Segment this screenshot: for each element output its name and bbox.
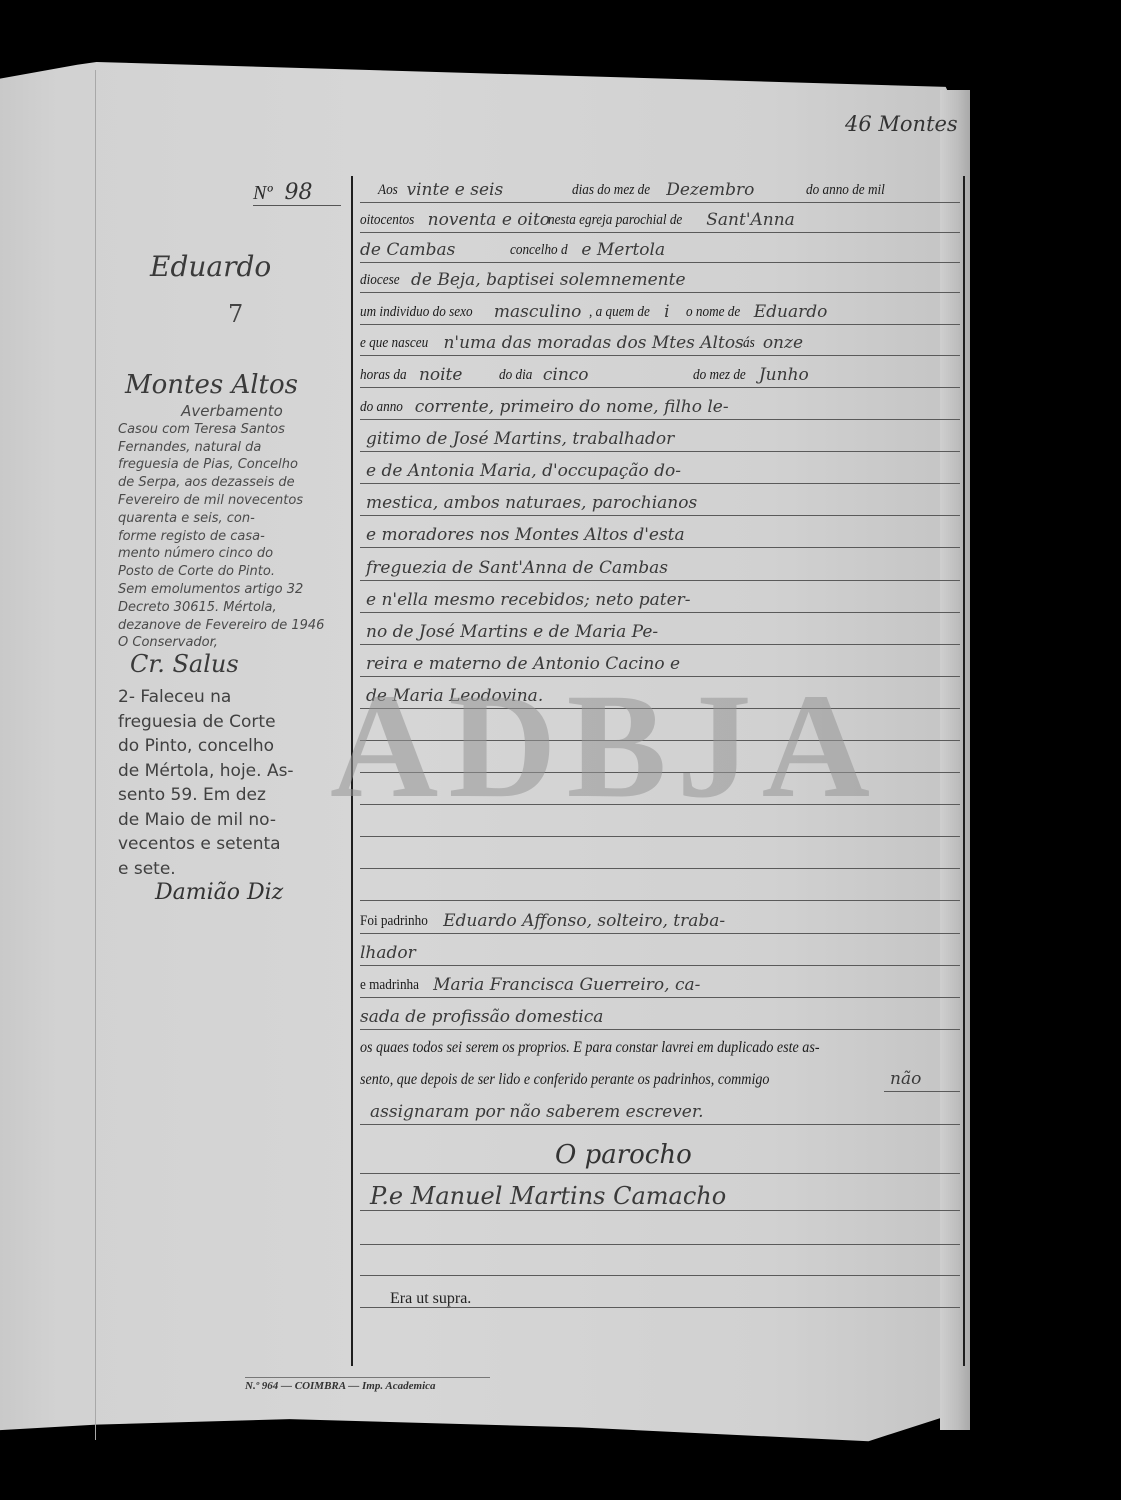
annotation-2-signature: Damião Diz [155, 880, 283, 905]
annotation-line: sento 59. Em dez [118, 783, 346, 808]
record-number-label: Nº [253, 182, 273, 204]
printed-text: diocese [360, 272, 400, 292]
record-row: e moradores nos Montes Altos d'esta [360, 517, 960, 548]
handwritten-text: de Beja, baptisei solemnemente [405, 270, 686, 292]
marriage-annotation: Averbamento Casou com Teresa Santos Fern… [118, 403, 346, 652]
annotation-line: de Serpa, aos dezasseis de [118, 474, 346, 492]
handwritten-text: cinco [537, 365, 693, 387]
handwritten-text: e Mertola [575, 240, 665, 262]
record-row: gitimo de José Martins, trabalhador [360, 421, 960, 452]
closing-line: sento, que depois de ser lido e conferid… [360, 1062, 960, 1092]
madrinha-value: sada de profissão domestica [360, 1007, 603, 1029]
record-number: Nº98 [253, 180, 341, 206]
printed-text: os quaes todos sei serem os proprios. E … [360, 1039, 820, 1060]
handwritten-text: não [884, 1069, 960, 1092]
record-row: reira e materno de Antonio Cacino e [360, 646, 960, 677]
handwritten-text: masculino [488, 302, 589, 324]
madrinha-value: Maria Francisca Guerreiro, ca- [427, 975, 700, 997]
annotation-line: 2- Faleceu na [118, 685, 346, 710]
record-row: Aos vinte e seis dias do mez de Dezembro… [360, 172, 960, 203]
record-row: no de José Martins e de Maria Pe- [360, 614, 960, 645]
handwritten-text: mestica, ambos naturaes, parochianos [360, 493, 697, 515]
record-row: do anno corrente, primeiro do nome, filh… [360, 389, 960, 420]
annotation-line: Posto de Corte do Pinto. [118, 563, 346, 581]
printed-text: um individuo do sexo [360, 304, 473, 324]
record-row: diocese de Beja, baptisei solemnemente [360, 262, 960, 293]
annotation-line: Sem emolumentos artigo 32 [118, 581, 346, 599]
madrinha-label: e madrinha [360, 977, 419, 997]
handwritten-text: corrente, primeiro do nome, filho le- [409, 397, 729, 419]
annotation-line: Decreto 30615. Mértola, [118, 599, 346, 617]
padrinho-value: Eduardo Affonso, solteiro, traba- [437, 911, 725, 933]
printed-text: horas da [360, 367, 407, 387]
record-row: horas da noite do dia cinco do mez de Ju… [360, 357, 960, 388]
empty-ruled-line [360, 774, 960, 805]
record-row: de Cambas concelho d e Mertola [360, 232, 960, 263]
handwritten-text: de Cambas [360, 240, 510, 262]
printed-text: oitocentos [360, 212, 414, 232]
annotation-line: dezanove de Fevereiro de 1946 [118, 617, 346, 635]
godmother-row-cont: sada de profissão domestica [360, 999, 960, 1030]
handwritten-text: assignaram por não saberem escrever. [360, 1102, 703, 1124]
margin-place: Montes Altos [125, 370, 298, 400]
handwritten-text: e moradores nos Montes Altos d'esta [360, 525, 685, 547]
annotation-line: Fevereiro de mil novecentos [118, 492, 346, 510]
annotation-line: Fernandes, natural da [118, 439, 346, 457]
printed-text: sento, que depois de ser lido e conferid… [360, 1071, 769, 1092]
annotation-line: mento número cinco do [118, 545, 346, 563]
left-binding-fold [95, 70, 96, 1440]
padrinho-label: Foi padrinho [360, 913, 428, 933]
printed-text: e que nasceu [360, 335, 428, 355]
annotation-line: freguesia de Corte [118, 710, 346, 735]
printed-text: do dia [499, 367, 532, 387]
godmother-row: e madrinha Maria Francisca Guerreiro, ca… [360, 967, 960, 998]
handwritten-text: gitimo de José Martins, trabalhador [360, 429, 674, 451]
parish-priest-title: O parocho [555, 1140, 692, 1170]
printed-text: concelho d [510, 242, 568, 262]
empty-ruled-line [360, 838, 960, 869]
empty-ruled-line [360, 742, 960, 773]
annotation-1-signature: Cr. Salus [130, 650, 239, 678]
record-number-value: 98 [279, 180, 313, 207]
empty-ruled-line [360, 806, 960, 837]
empty-ruled-line [360, 870, 960, 901]
annotation-line: de Maio de mil no- [118, 808, 346, 833]
handwritten-text: Eduardo [748, 302, 828, 324]
annotation-line: forme registo de casa- [118, 528, 346, 546]
printed-text: , a quem de [589, 304, 650, 324]
margin-mark: 7 [228, 300, 243, 328]
record-row: e n'ella mesmo recebidos; neto pater- [360, 582, 960, 613]
printed-text: Aos [378, 182, 398, 202]
godfather-row: Foi padrinho Eduardo Affonso, solteiro, … [360, 903, 960, 934]
annotation-line: e sete. [118, 857, 346, 882]
printer-imprint: N.º 964 — COIMBRA — Imp. Academica [245, 1377, 490, 1392]
handwritten-text: freguezia de Sant'Anna de Cambas [360, 558, 668, 580]
record-row: mestica, ambos naturaes, parochianos [360, 485, 960, 516]
corner-annotation: 46 Montes [845, 112, 958, 136]
record-row: de Maria Leodovina. [360, 678, 960, 709]
printed-text: do mez de [693, 367, 746, 387]
handwritten-text: n'uma das moradas dos Mtes Altos [437, 333, 743, 355]
death-annotation: 2- Faleceu na freguesia de Corte do Pint… [118, 685, 346, 881]
handwritten-text: Junho [753, 365, 809, 387]
printed-text: do anno de mil [806, 182, 885, 202]
handwritten-text: noventa e oito [422, 210, 548, 232]
handwritten-text: no de José Martins e de Maria Pe- [360, 622, 658, 644]
handwritten-text: Dezembro [660, 180, 806, 202]
handwritten-text: Sant'Anna [700, 210, 795, 232]
handwritten-text: reira e materno de Antonio Cacino e [360, 654, 680, 676]
annotation-line: Casou com Teresa Santos [118, 421, 346, 439]
handwritten-text: e n'ella mesmo recebidos; neto pater- [360, 590, 691, 612]
printed-text: do anno [360, 399, 403, 419]
era-ut-supra: Era ut supra. [390, 1290, 471, 1308]
annotation-line: vecentos e setenta [118, 832, 346, 857]
closing-line: os quaes todos sei serem os proprios. E … [360, 1030, 960, 1060]
handwritten-text: de Maria Leodovina. [360, 686, 543, 708]
handwritten-text: noite [413, 365, 499, 387]
annotation-line: do Pinto, concelho [118, 734, 346, 759]
record-row: e que nasceu n'uma das moradas dos Mtes … [360, 325, 960, 356]
handwritten-text: i [658, 302, 686, 324]
annotation-line: freguesia de Pias, Concelho [118, 456, 346, 474]
handwritten-text: e de Antonia Maria, d'occupação do- [360, 461, 681, 483]
printed-text: o nome de [686, 304, 740, 324]
record-row: oitocentos noventa e oito nesta egreja p… [360, 202, 960, 233]
handwritten-text: onze [757, 333, 803, 355]
godfather-row-cont: lhador [360, 935, 960, 966]
handwritten-text: vinte e seis [401, 180, 572, 202]
margin-child-name: Eduardo [150, 250, 271, 283]
annotation-line: de Mértola, hoje. As- [118, 759, 346, 784]
parish-priest-signature: P.e Manuel Martins Camacho [370, 1182, 726, 1210]
printed-text: dias do mez de [572, 182, 650, 202]
record-row: um individuo do sexo masculino , a quem … [360, 294, 960, 325]
empty-ruled-line [360, 710, 960, 741]
annotation-title: Averbamento [118, 403, 346, 421]
padrinho-value: lhador [360, 943, 416, 965]
signature-line [360, 1245, 960, 1276]
record-row: freguezia de Sant'Anna de Cambas [360, 550, 960, 581]
annotation-line: quarenta e seis, con- [118, 510, 346, 528]
record-row: e de Antonia Maria, d'occupação do- [360, 453, 960, 484]
printed-text: nesta egreja parochial de [548, 212, 682, 232]
printed-text: ás [743, 335, 755, 355]
signature-line [360, 1214, 960, 1245]
closing-line: assignaram por não saberem escrever. [360, 1094, 960, 1125]
